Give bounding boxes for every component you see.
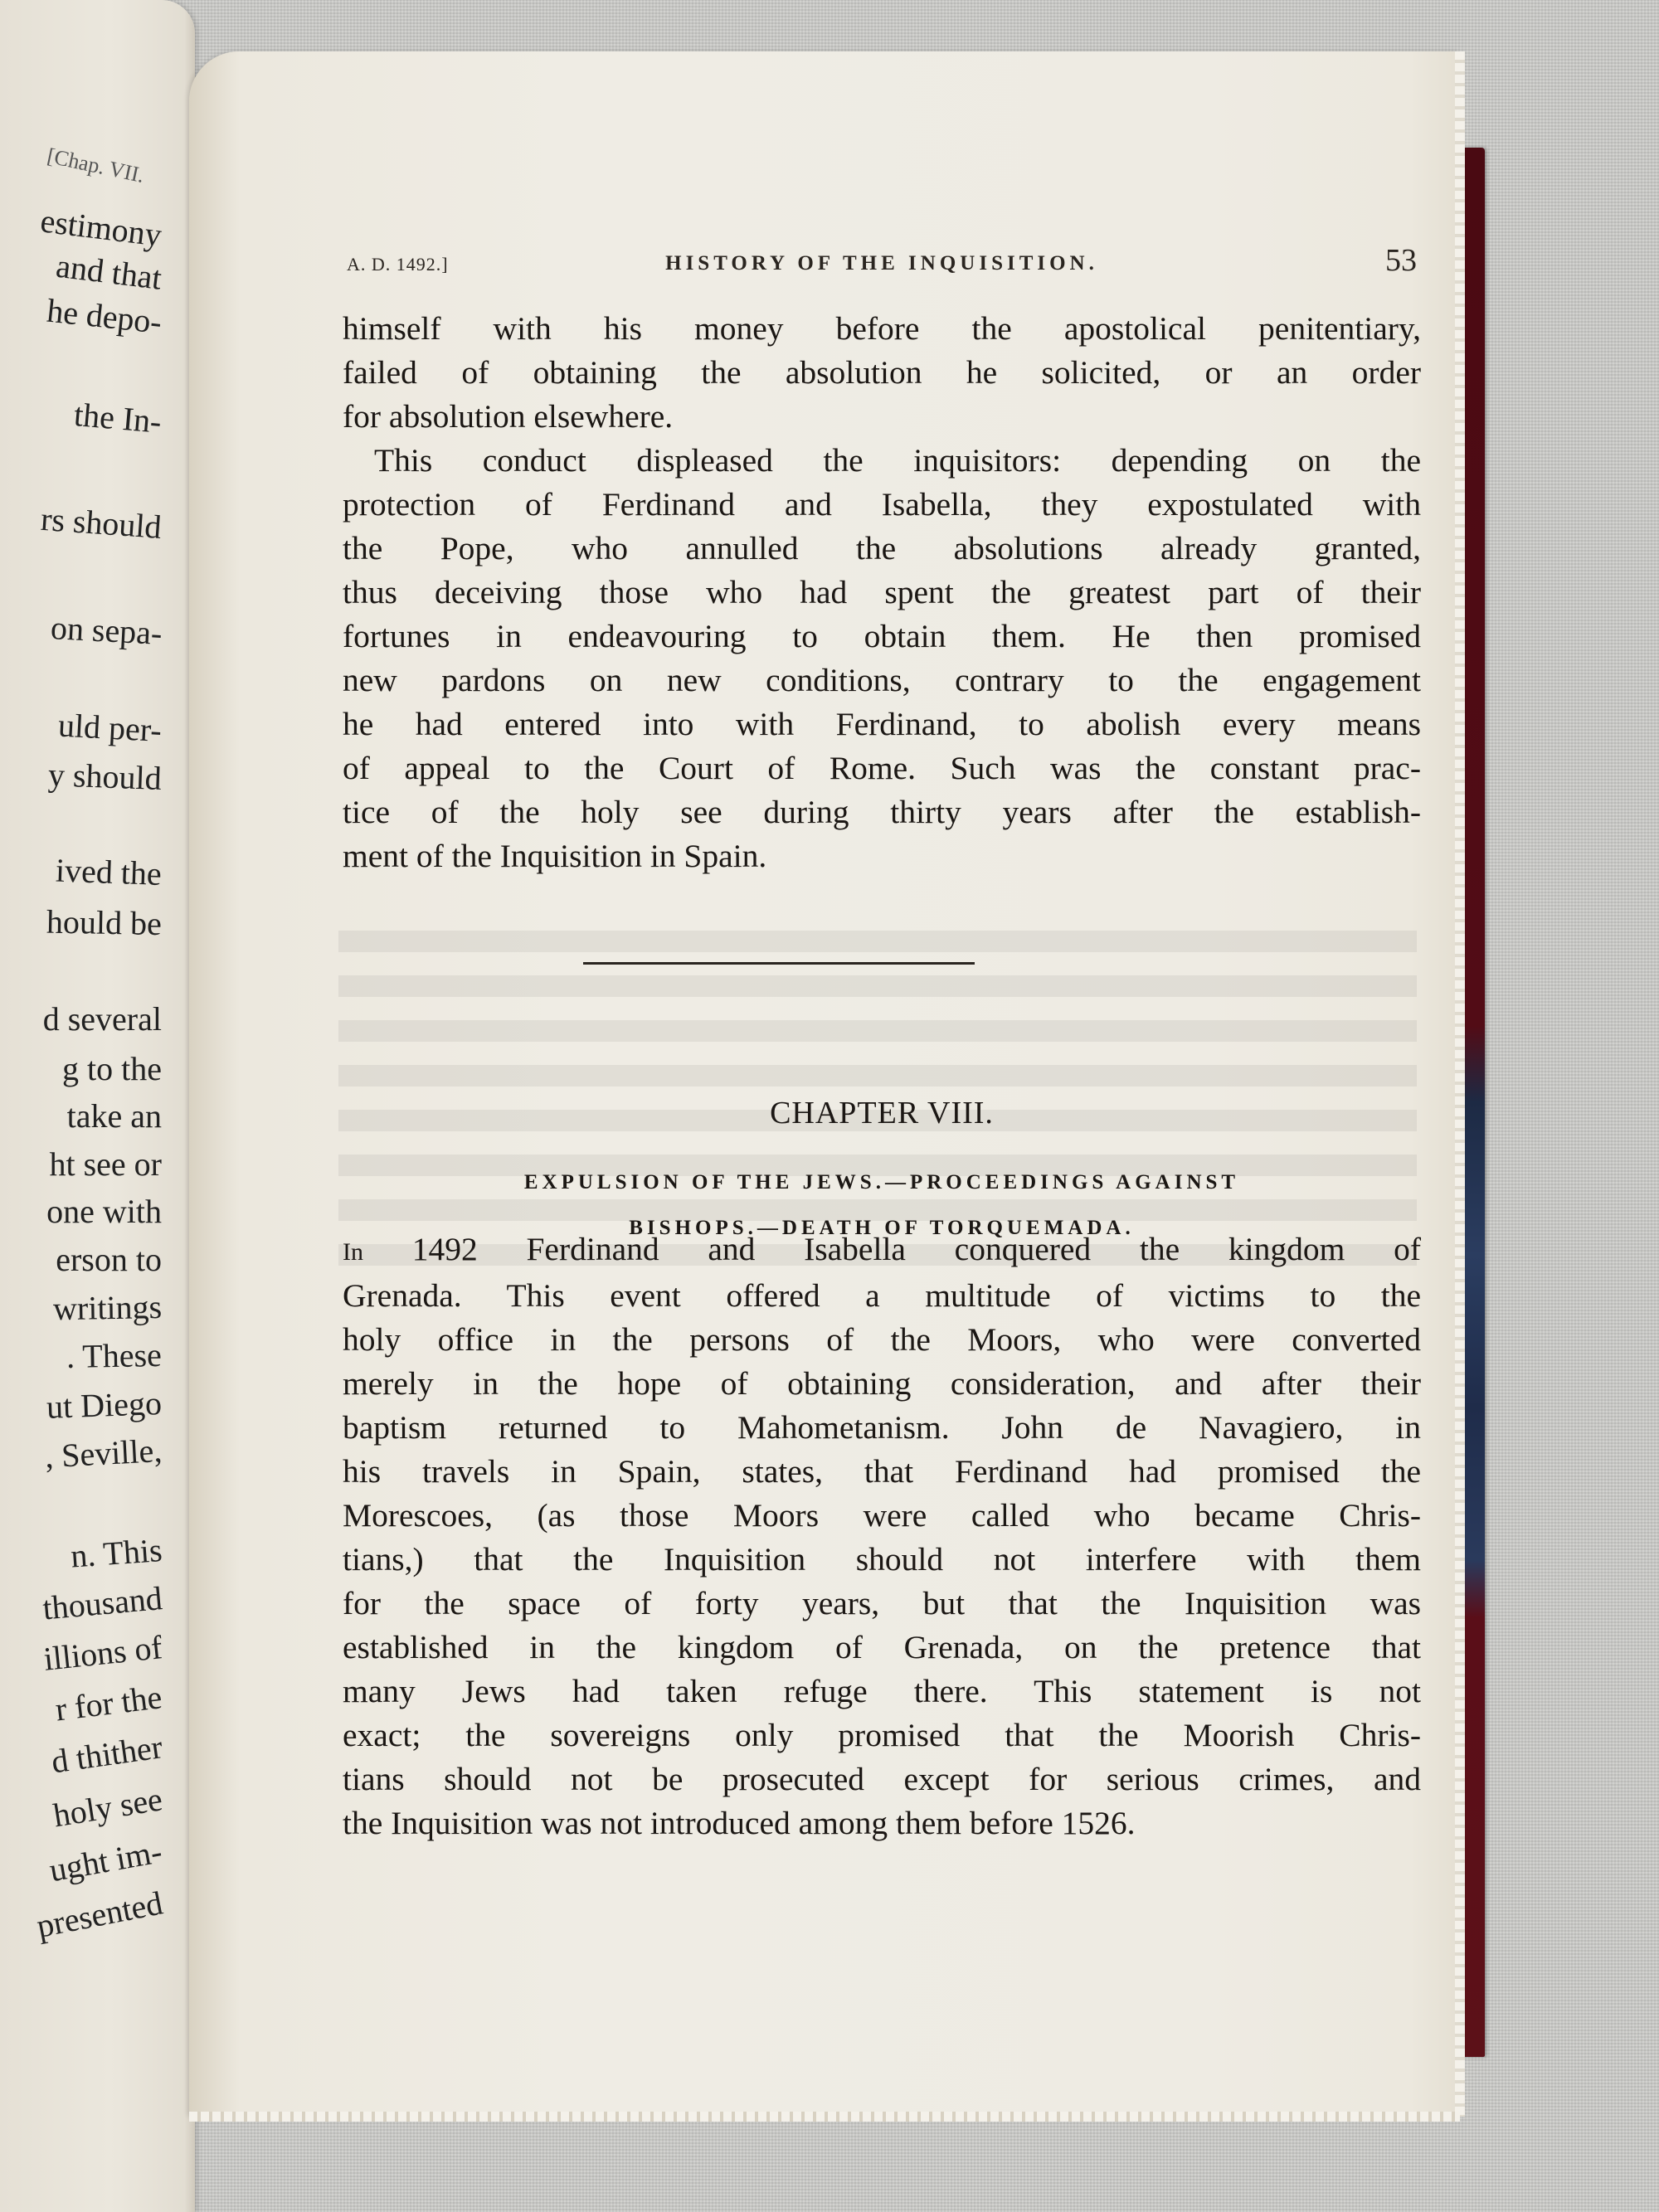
text-line: new pardons on new conditions, contrary …	[343, 659, 1421, 702]
right-page: A. D. 1492.] HISTORY OF THE INQUISITION.…	[189, 51, 1460, 2117]
header-title: HISTORY OF THE INQUISITION.	[347, 252, 1417, 275]
text-line: protection of Ferdinand and Isabella, th…	[343, 483, 1421, 527]
small-caps-opening: In	[343, 1238, 363, 1266]
left-text-fragment: thousand	[41, 1578, 163, 1627]
text-line: the Pope, who annulled the absolutions a…	[343, 527, 1421, 571]
text-line: This conduct displeased the inquisitors:…	[343, 439, 1421, 483]
left-text-fragment: estimony	[39, 201, 164, 255]
text-line: for absolution elsewhere.	[343, 395, 1421, 439]
text-line: established in the kingdom of Grenada, o…	[343, 1626, 1421, 1670]
left-text-fragment: uld per-	[57, 706, 163, 750]
left-text-fragment: writings	[52, 1287, 162, 1328]
text-line: tice of the holy see during thirty years…	[343, 790, 1421, 834]
text-line: he had entered into with Ferdinand, to a…	[343, 702, 1421, 746]
text-line: Grenada. This event offered a multitude …	[343, 1274, 1421, 1318]
left-text-fragment: rs should	[40, 499, 163, 547]
text-line: tians,) that the Inquisition should not …	[343, 1538, 1421, 1582]
left-text-fragment: illions of	[41, 1627, 163, 1679]
text-line: his travels in Spain, states, that Ferdi…	[343, 1450, 1421, 1494]
left-text-fragment: ught im-	[46, 1831, 165, 1889]
text-line: ment of the Inquisition in Spain.	[343, 834, 1421, 878]
left-text-fragment: ht see or	[49, 1145, 162, 1184]
left-text-fragment: n. This	[69, 1530, 163, 1576]
chapter-opening-text: In 1492 Ferdinand and Isabella conquered…	[343, 1228, 1421, 1845]
text-line: thus deceiving those who had spent the g…	[343, 571, 1421, 615]
left-text-fragment: presented	[33, 1883, 165, 1945]
left-text-fragment: and that	[54, 246, 164, 298]
left-text-fragment: . These	[66, 1335, 163, 1376]
section-divider-rule	[583, 962, 975, 965]
left-text-fragment: on sepa-	[50, 608, 163, 653]
text-line: tians should not be prosecuted except fo…	[343, 1757, 1421, 1801]
left-text-fragment: g to the	[62, 1049, 162, 1088]
left-text-fragment: ived the	[56, 851, 163, 893]
continuation-text: himself with his money before the aposto…	[343, 307, 1421, 878]
text-line: for the space of forty years, but that t…	[343, 1582, 1421, 1626]
left-text-fragment: d several	[43, 999, 162, 1038]
left-text-fragment: d thither	[49, 1727, 165, 1781]
text-line: of appeal to the Court of Rome. Such was…	[343, 746, 1421, 790]
text-line: failed of obtaining the absolution he so…	[343, 351, 1421, 395]
text-line-first: In 1492 Ferdinand and Isabella conquered…	[343, 1228, 1421, 1274]
left-text-fragment: erson to	[56, 1240, 162, 1279]
text-line: fortunes in endeavouring to obtain them.…	[343, 615, 1421, 659]
deckle-edge-right	[1455, 51, 1465, 2117]
chapter-title: CHAPTER VIII.	[343, 1095, 1421, 1131]
text-line: merely in the hope of obtaining consider…	[343, 1362, 1421, 1406]
page-number: 53	[1385, 242, 1417, 279]
left-text-fragment: holy see	[51, 1779, 165, 1835]
left-page: [Chap. VII. estimony and that he depo- t…	[0, 0, 195, 2212]
first-line-rest: 1492 Ferdinand and Isabella conquered th…	[363, 1231, 1421, 1267]
text-line: many Jews had taken refuge there. This s…	[343, 1670, 1421, 1714]
running-header: A. D. 1492.] HISTORY OF THE INQUISITION.…	[347, 242, 1417, 284]
chapter-subtitle-line1: EXPULSION OF THE JEWS.—PROCEEDINGS AGAIN…	[343, 1171, 1421, 1194]
left-text-fragment: he depo-	[45, 291, 163, 342]
left-text-fragment: one with	[46, 1192, 162, 1231]
left-text-fragment: ut Diego	[46, 1383, 162, 1427]
left-text-fragment: y should	[48, 755, 163, 798]
text-line: holy office in the persons of the Moors,…	[343, 1318, 1421, 1362]
text-line: himself with his money before the aposto…	[343, 307, 1421, 351]
left-text-fragment: hould be	[46, 902, 163, 943]
left-text-fragment: take an	[67, 1096, 162, 1135]
text-line: Morescoes, (as those Moors were called w…	[343, 1494, 1421, 1538]
text-line: the Inquisition was not introduced among…	[343, 1801, 1421, 1845]
left-running-head: [Chap. VII.	[46, 143, 147, 188]
text-line: baptism returned to Mahometanism. John d…	[343, 1406, 1421, 1450]
left-text-fragment: the In-	[73, 395, 163, 441]
left-text-fragment: , Seville,	[44, 1431, 163, 1475]
text-line: exact; the sovereigns only promised that…	[343, 1714, 1421, 1757]
deckle-edge-bottom	[189, 2112, 1460, 2122]
left-text-fragment: r for the	[53, 1677, 164, 1728]
